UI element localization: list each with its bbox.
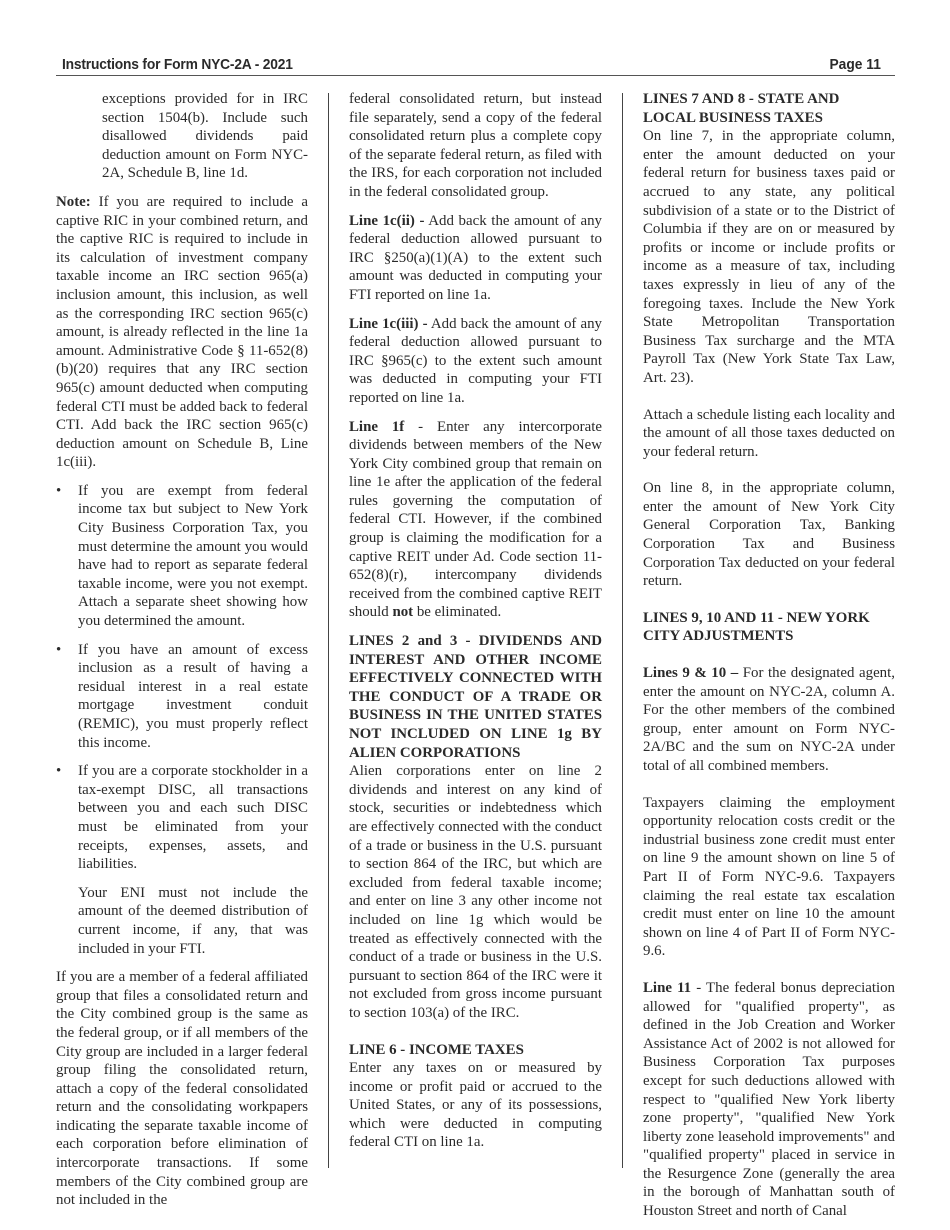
bullet-icon: • — [56, 641, 61, 660]
line-1f-label: Line 1f — [349, 419, 404, 435]
line-1f-paragraph: Line 1f - Enter any intercorporate divid… — [349, 418, 602, 623]
note-paragraph: Note: If you are required to include a c… — [56, 193, 308, 472]
bullet-text: If you have an amount of excess inclusio… — [78, 642, 308, 751]
line-1ciii-label: Line 1c(iii) - — [349, 316, 428, 332]
lines-9-10-paragraph: Lines 9 & 10 – For the designated agent,… — [643, 664, 895, 776]
exceptions-continuation: exceptions provided for in IRC section 1… — [102, 90, 308, 183]
bullet-text: If you are a corporate stockholder in a … — [78, 763, 308, 872]
lines-9-10-label: Lines 9 & 10 – — [643, 665, 738, 681]
line-11-paragraph: Line 11 - The federal bonus depreciation… — [643, 979, 895, 1221]
column-1: exceptions provided for in IRC section 1… — [56, 90, 308, 1220]
document-title: Instructions for Form NYC-2A - 2021 — [62, 56, 293, 73]
page-header: Instructions for Form NYC-2A - 2021 Page… — [56, 55, 895, 76]
bullet-item: • If you are exempt from federal income … — [56, 482, 308, 631]
lines-9-10-text: For the designated agent, enter the amou… — [643, 665, 895, 774]
note-label: Note: — [56, 194, 91, 210]
affiliated-continuation: federal consolidated return, but instead… — [349, 90, 602, 202]
line-1cii-paragraph: Line 1c(ii) - Add back the amount of any… — [349, 212, 602, 305]
bullet-item: • If you are a corporate stockholder in … — [56, 762, 308, 874]
line-1cii-label: Line 1c(ii) - — [349, 213, 424, 229]
bullet-text: If you are exempt from federal income ta… — [78, 483, 308, 629]
line-1ciii-paragraph: Line 1c(iii) - Add back the amount of an… — [349, 315, 602, 408]
bullet-icon: • — [56, 762, 61, 781]
line-6-text: Enter any taxes on or measured by income… — [349, 1059, 602, 1152]
page-number: Page 11 — [830, 56, 881, 73]
line-1f-emphasis: not — [392, 604, 413, 620]
column-divider — [622, 93, 623, 1168]
column-3: LINES 7 AND 8 - STATE AND LOCAL BUSINESS… — [643, 90, 895, 1230]
lines-2-3-text: Alien corporations enter on line 2 divid… — [349, 762, 602, 1022]
lines-9-11-heading: LINES 9, 10 AND 11 - NEW YORK CITY ADJUS… — [643, 609, 895, 646]
bullet-item: • If you have an amount of excess inclus… — [56, 641, 308, 753]
line-1f-text: - Enter any intercorporate dividends bet… — [349, 419, 602, 621]
bullet-icon: • — [56, 482, 61, 501]
lines-7-8-text: On line 7, in the appropriate column, en… — [643, 127, 895, 387]
eni-paragraph: Your ENI must not include the amount of … — [56, 884, 308, 958]
note-text: If you are required to include a captive… — [56, 194, 308, 470]
line-11-label: Line 11 — [643, 980, 691, 996]
lines-2-3-heading: LINES 2 and 3 - DIVIDENDS AND INTEREST A… — [349, 632, 602, 762]
affiliated-group-paragraph: If you are a member of a federal affilia… — [56, 968, 308, 1210]
column-2: federal consolidated return, but instead… — [349, 90, 602, 1162]
line-1f-end: be eliminated. — [413, 604, 501, 620]
line-6-heading: LINE 6 - INCOME TAXES — [349, 1041, 602, 1060]
line-11-text: - The federal bonus depreciation allowed… — [643, 980, 895, 1219]
line-8-paragraph: On line 8, in the appropriate column, en… — [643, 479, 895, 591]
column-divider — [328, 93, 329, 1168]
taxpayers-credit-paragraph: Taxpayers claiming the employment opport… — [643, 794, 895, 961]
lines-7-8-heading: LINES 7 AND 8 - STATE AND LOCAL BUSINESS… — [643, 90, 895, 127]
attach-schedule-paragraph: Attach a schedule listing each locality … — [643, 406, 895, 462]
